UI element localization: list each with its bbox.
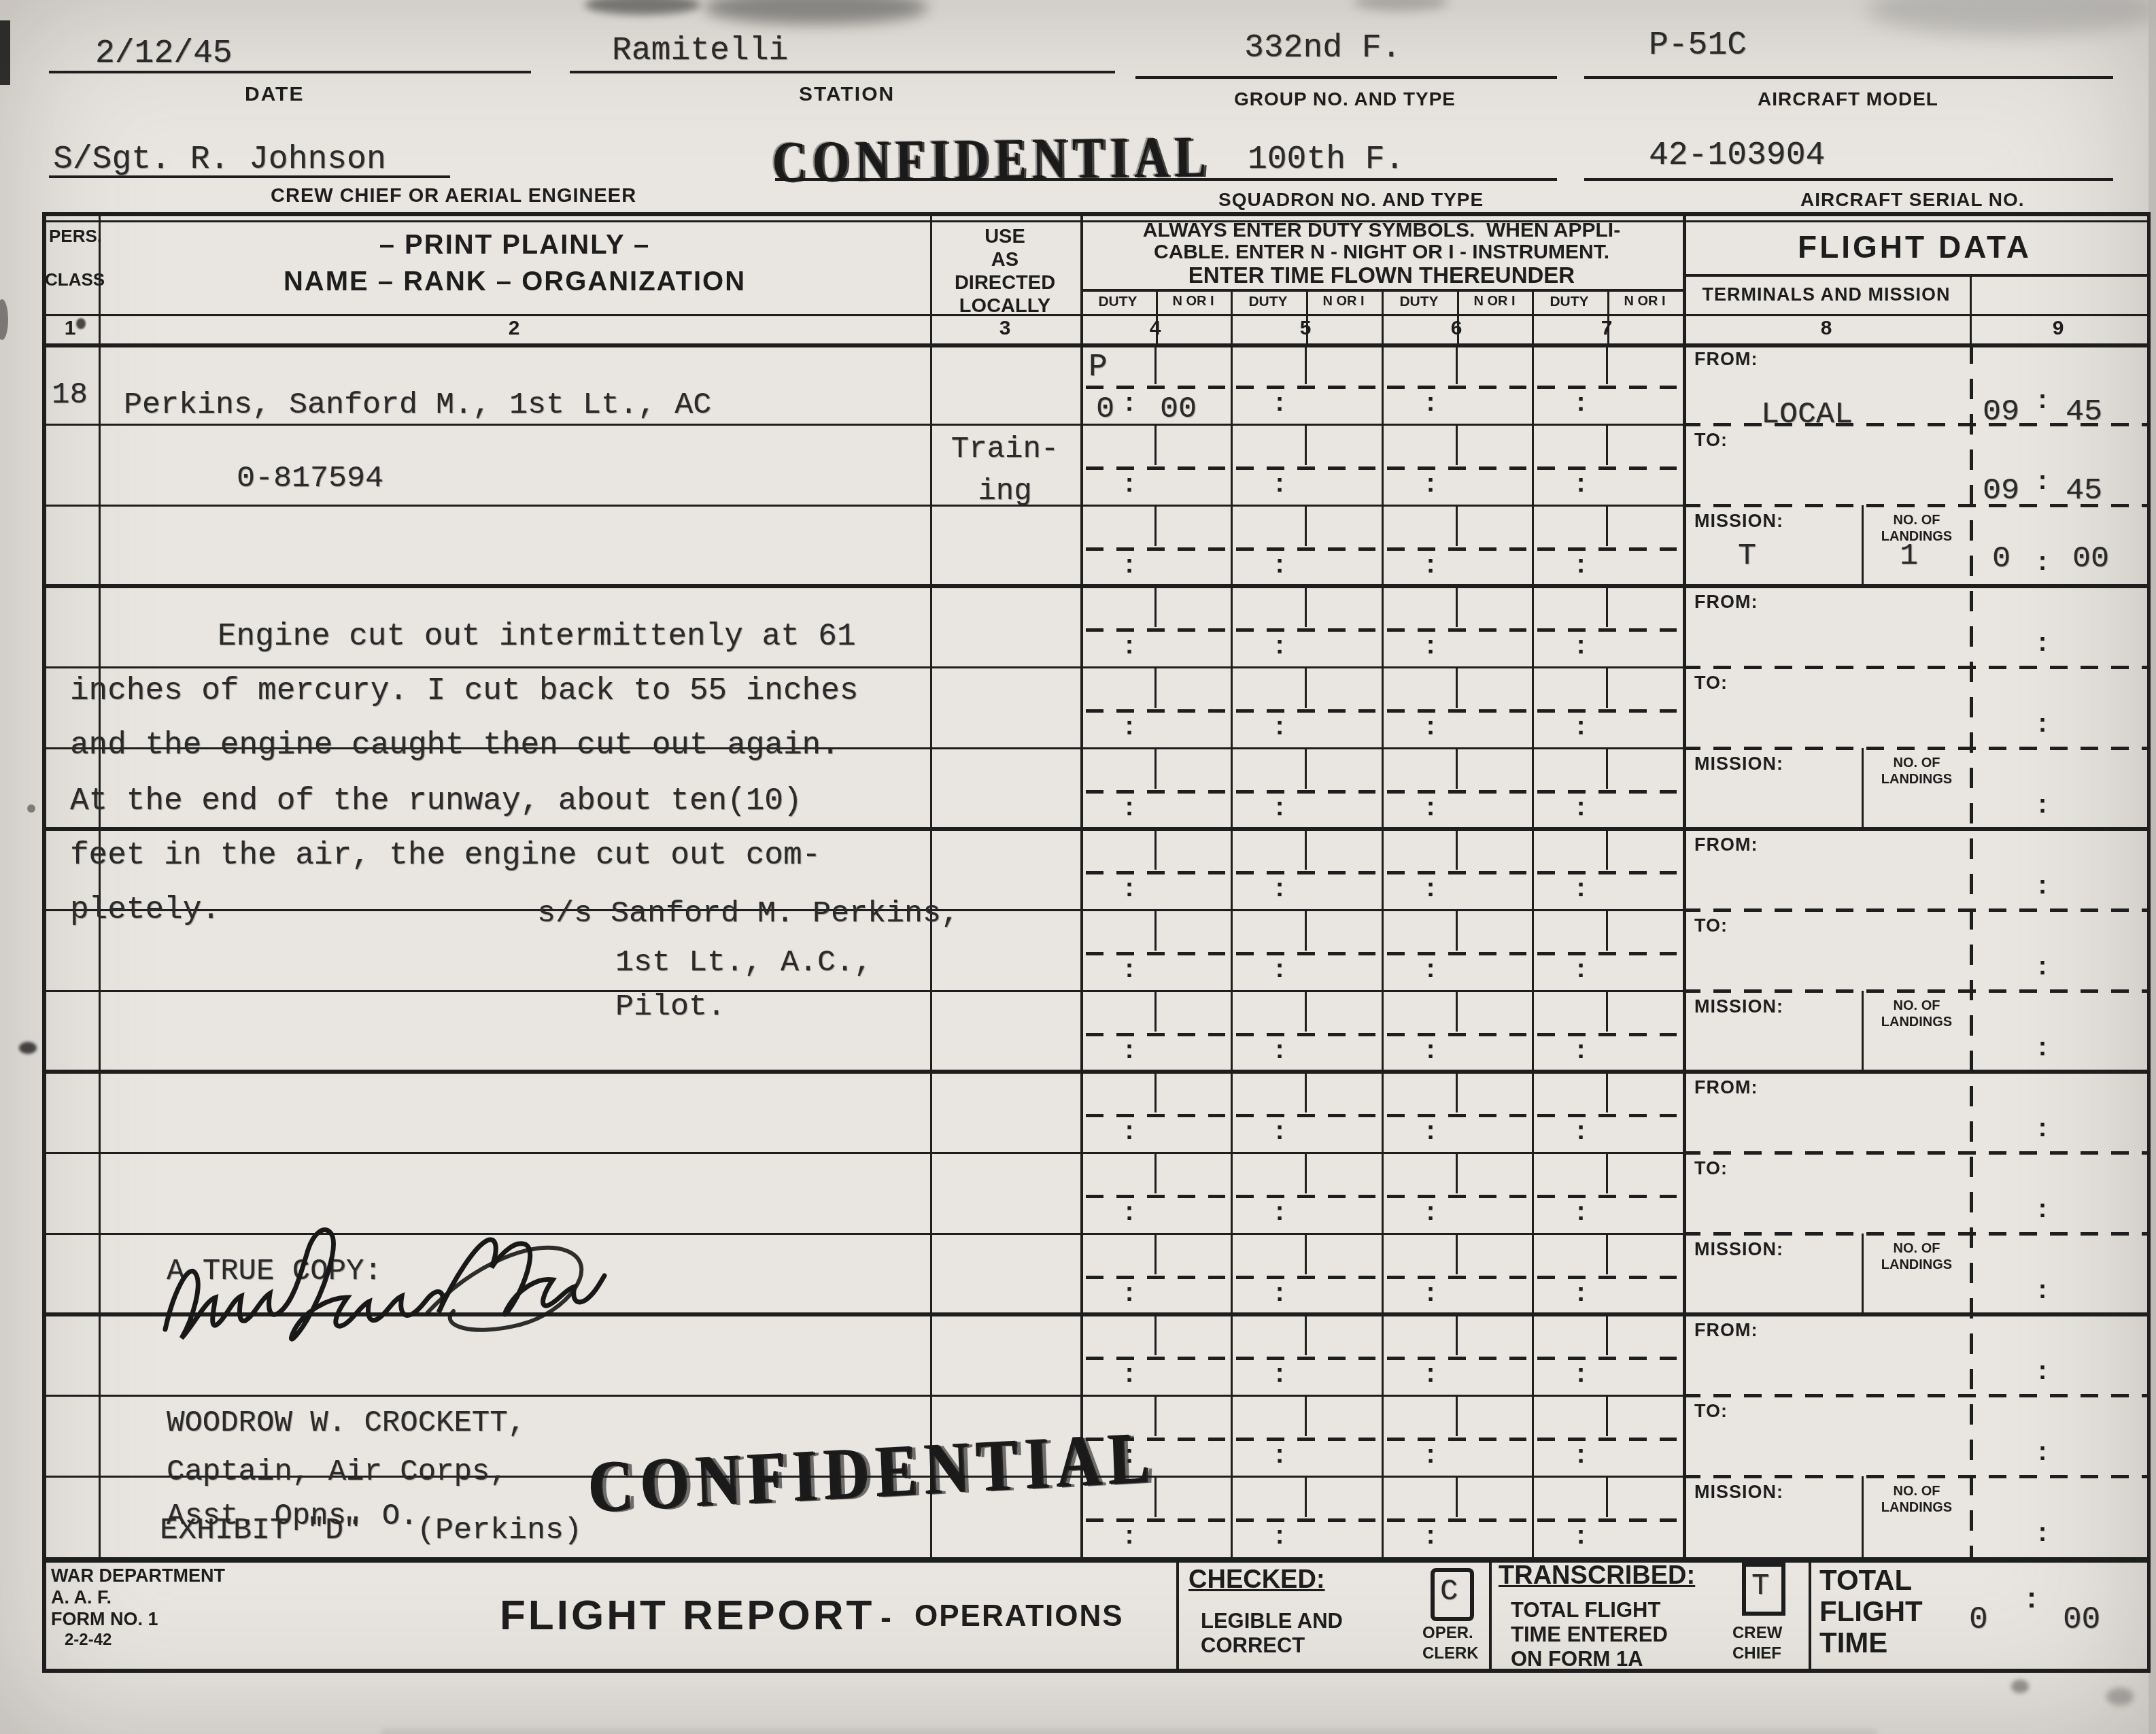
to-label: TO: <box>1694 430 1728 451</box>
preprinted-colon: : <box>1426 1197 1435 1227</box>
row-line <box>42 424 1683 426</box>
pilot-serial-value: 0-817594 <box>237 461 383 496</box>
duty-instruction-line-3: ENTER TIME FLOWN THEREUNDER <box>1188 262 1575 288</box>
duty-subdivider-line <box>1154 1235 1157 1274</box>
footer-bottom-line <box>42 1669 2147 1673</box>
preprinted-colon: : <box>1276 1197 1284 1227</box>
flight-row-dashed-line <box>1683 1394 2147 1397</box>
use-locally-value-2: ing <box>978 475 1031 509</box>
duty-subdivider-line <box>1154 1316 1157 1355</box>
certifier-rank: Captain, Air Corps, <box>167 1455 508 1489</box>
use-label: USE <box>985 226 1025 248</box>
col7-border <box>1683 212 1686 1557</box>
preprinted-colon: : <box>2038 1195 2047 1224</box>
preprinted-colon: : <box>1125 1278 1134 1308</box>
preprinted-colon: : <box>1276 1036 1284 1065</box>
duty-dashed-line <box>1086 1357 1225 1360</box>
preprinted-colon: : <box>2038 1438 2047 1467</box>
duty-subdivider-line <box>1305 426 1307 465</box>
column-number-2: 2 <box>509 317 520 340</box>
duty-subdivider-line <box>1456 507 1458 546</box>
nori-sublabel-6: N OR I <box>1473 294 1515 309</box>
to-label: TO: <box>1694 1401 1728 1422</box>
flight-report-document: 2/12/45 DATE Ramitelli STATION 332nd F. … <box>0 0 2156 1734</box>
from-label: FROM: <box>1694 1320 1758 1341</box>
preprinted-colon: : <box>2038 1276 2047 1305</box>
duty-subdivider-line <box>1606 1235 1608 1274</box>
preprinted-colon: : <box>1125 550 1134 579</box>
form-id-line-2: A. A. F. <box>51 1587 112 1608</box>
pilot-signature-line-3: Pilot. <box>615 989 725 1024</box>
col3-border <box>1080 212 1083 1557</box>
preprinted-colon: : <box>2038 790 2047 819</box>
total-flight-time-colon: : <box>2027 1582 2036 1614</box>
duty-subdivider-line <box>1305 1154 1307 1193</box>
remarks-line: inches of mercury. I cut back to 55 inch… <box>70 673 858 709</box>
flight-data-rule <box>1683 274 2147 277</box>
pilot-name-value: Perkins, Sanford M., 1st Lt., AC <box>124 388 711 422</box>
preprinted-colon: : <box>2038 1033 2047 1062</box>
station-label: STATION <box>799 83 895 106</box>
preprinted-colon: : <box>1426 631 1435 660</box>
duty-dashed-line <box>1086 1518 1225 1522</box>
nori-sublabel-4: N OR I <box>1172 294 1214 309</box>
aircraft-serial-value: 42-103904 <box>1649 137 1825 174</box>
preprinted-colon: : <box>1577 874 1586 903</box>
duty-dashed-line <box>1086 547 1225 551</box>
preprinted-colon: : <box>1276 1359 1284 1389</box>
duty-dashed-line <box>1387 547 1526 551</box>
duty-dashed-line <box>1387 628 1526 632</box>
duty-subdivider-line <box>1606 830 1608 870</box>
to-label: TO: <box>1694 1158 1728 1179</box>
mission-time-hours: 0 <box>1992 541 2010 576</box>
scan-smudge <box>0 20 10 85</box>
nori-sublabel-5: N OR I <box>1322 294 1364 309</box>
total-flight-time-minutes: 00 <box>2063 1602 2100 1637</box>
duty-dashed-line <box>1537 1357 1677 1360</box>
scan-smudge <box>704 0 928 24</box>
print-plainly-label: – PRINT PLAINLY – <box>379 230 651 260</box>
duty-time-hours: 0 <box>1096 392 1114 426</box>
duty-dashed-line <box>1236 1276 1375 1279</box>
oper-clerk-label-2: CLERK <box>1422 1644 1479 1663</box>
duty-dashed-line <box>1086 871 1225 874</box>
to-time-hours: 09 <box>1983 473 2019 508</box>
duty-subdivider-line <box>1154 830 1157 870</box>
column-number-6: 6 <box>1451 317 1462 340</box>
from-terminal-value: LOCAL <box>1761 397 1853 432</box>
duty-instruction-line-1: ALWAYS ENTER DUTY SYMBOLS. WHEN APPLI- <box>1143 219 1620 242</box>
crew-chief-stamp-initial: T <box>1751 1569 1769 1603</box>
duty-subdivider-line <box>1606 1154 1608 1193</box>
landings-label: NO. OF LANDINGS <box>1866 1240 1968 1273</box>
duty-time-minutes: 00 <box>1160 392 1197 426</box>
duty-subdivider-line <box>1305 992 1307 1032</box>
duty-subdivider-line <box>1305 668 1307 708</box>
directed-label: DIRECTED <box>955 272 1055 294</box>
duty-subdivider-line <box>1456 668 1458 708</box>
duty-subdivider-line <box>1606 911 1608 951</box>
preprinted-colon: : <box>1426 793 1435 822</box>
preprinted-colon: : <box>1577 469 1586 498</box>
preprinted-colon: : <box>1125 955 1134 984</box>
duty-subdivider-line <box>1456 749 1458 789</box>
preprinted-colon: : <box>1276 874 1284 903</box>
duty-dashed-line <box>1236 1438 1375 1441</box>
duty-sublabel-4: DUTY <box>1098 294 1137 310</box>
preprinted-colon: : <box>1276 1278 1284 1308</box>
duty-subdivider-line <box>1154 668 1157 708</box>
from-label: FROM: <box>1694 1077 1758 1098</box>
duty-subdivider-line <box>1305 1073 1307 1112</box>
checked-heading: CHECKED: <box>1188 1565 1325 1595</box>
preprinted-colon: : <box>1276 469 1284 498</box>
duty-dashed-line <box>1537 952 1677 955</box>
mission-label: MISSION: <box>1694 1482 1783 1503</box>
date-label: DATE <box>245 83 304 106</box>
remarks-line: Engine cut out intermittenly at 61 <box>218 619 856 654</box>
mission-time-minutes: 00 <box>2072 541 2109 576</box>
duty-dashed-line <box>1236 1518 1375 1522</box>
duty-subdivider-line <box>1456 1154 1458 1193</box>
duty-subdivider-line <box>1456 830 1458 870</box>
duty-subdivider-line <box>1456 345 1458 384</box>
form-title: FLIGHT REPORT <box>500 1591 874 1639</box>
duty-subdivider-line <box>1305 1235 1307 1274</box>
duty-subdivider-line <box>1606 749 1608 789</box>
column-number-7: 7 <box>1601 317 1613 340</box>
preprinted-colon: : <box>1426 469 1435 498</box>
flight-row-dashed-line <box>1683 1475 2147 1478</box>
duty-instruction-line-2: CABLE. ENTER N - NIGHT OR I - INSTRUMENT… <box>1154 241 1609 264</box>
pers-class-label-2: CLASS <box>45 269 105 290</box>
crew-chief-label: CREW CHIEF OR AERIAL ENGINEER <box>271 185 636 207</box>
preprinted-colon: : <box>1276 793 1284 822</box>
preprinted-colon: : <box>1125 1117 1134 1146</box>
duty-subdivider-line <box>1456 1478 1458 1517</box>
nori-sublabel-7: N OR I <box>1624 294 1665 309</box>
preprinted-colon: : <box>1426 712 1435 741</box>
to-label: TO: <box>1694 915 1728 936</box>
duty-dashed-line <box>1537 790 1677 794</box>
duty-subdivider-line <box>1606 1397 1608 1436</box>
duty-subdivider-line <box>1456 426 1458 465</box>
remarks-line: and the engine caught then cut out again… <box>70 728 840 763</box>
preprinted-colon: : <box>2038 386 2047 415</box>
duty-dashed-line <box>1236 386 1375 389</box>
duty-dashed-line <box>1537 1195 1677 1198</box>
duty-dashed-line <box>1086 466 1225 470</box>
column-number-3: 3 <box>999 317 1011 340</box>
preprinted-colon: : <box>2038 1114 2047 1143</box>
row-line <box>42 1152 1683 1154</box>
preprinted-colon: : <box>1276 388 1284 418</box>
transcribed-line-1: TOTAL FLIGHT <box>1511 1598 1660 1622</box>
preprinted-colon: : <box>1125 388 1134 418</box>
duty-subdivider-line <box>1456 911 1458 951</box>
preprinted-colon: : <box>1577 1359 1586 1389</box>
aircraft-model-rule <box>1584 76 2113 79</box>
duty-dashed-line <box>1236 790 1375 794</box>
landings-box-line <box>1862 748 1864 829</box>
table-left-border <box>42 212 46 1673</box>
preprinted-colon: : <box>1276 1440 1284 1469</box>
landings-box-line <box>1862 1234 1864 1314</box>
preprinted-colon: : <box>2038 952 2047 981</box>
crew-chief-label-1: CREW <box>1732 1624 1782 1643</box>
from-label: FROM: <box>1694 349 1758 370</box>
preprinted-colon: : <box>2038 547 2047 577</box>
mission-label: MISSION: <box>1694 753 1783 775</box>
duty-dashed-line <box>1236 952 1375 955</box>
footer-divider-1 <box>1176 1557 1179 1673</box>
mission-symbol-value: T <box>1738 539 1756 573</box>
duty-subdivider-line <box>1154 426 1157 465</box>
remarks-line: At the end of the runway, about ten(10) <box>70 783 802 819</box>
duty-sublabel-7: DUTY <box>1550 294 1588 310</box>
duty-dashed-line <box>1236 709 1375 713</box>
preprinted-colon: : <box>1125 793 1134 822</box>
duty-subdivider-line <box>1154 1154 1157 1193</box>
preprinted-colon: : <box>1577 1278 1586 1308</box>
duty-dashed-line <box>1537 871 1677 874</box>
preprinted-colon: : <box>1577 955 1586 984</box>
form-title-dash: - <box>880 1599 891 1637</box>
duty-subdivider-line <box>1456 992 1458 1032</box>
preprinted-colon: : <box>1276 1117 1284 1146</box>
preprinted-colon: : <box>1577 1117 1586 1146</box>
duty-symbol-value: P <box>1089 350 1108 385</box>
flight-data-title: FLIGHT DATA <box>1798 228 2032 265</box>
preprinted-colon: : <box>1426 1278 1435 1308</box>
duty-subdivider-line <box>1305 1478 1307 1517</box>
col8-border-body <box>1970 343 1973 1557</box>
duty-dashed-line <box>1537 547 1677 551</box>
pers-class-label-1: PERS. <box>49 226 102 247</box>
mission-label: MISSION: <box>1694 511 1783 532</box>
duty-subdivider-line <box>1606 1073 1608 1112</box>
preprinted-colon: : <box>1577 793 1586 822</box>
duty-subdivider-line <box>1456 1073 1458 1112</box>
duty-subdivider-line <box>1305 588 1307 627</box>
column-number-1: 1 <box>65 317 76 340</box>
preprinted-colon: : <box>1125 1359 1134 1389</box>
duty-dashed-line <box>1537 386 1677 389</box>
preprinted-colon: : <box>1577 550 1586 579</box>
duty-subdivider-line <box>1305 749 1307 789</box>
duty-subdivider-line <box>1305 345 1307 384</box>
duty-dashed-line <box>1387 1114 1526 1117</box>
duty-subdivider-line <box>1154 345 1157 384</box>
duty-dashed-line <box>1387 466 1526 470</box>
preprinted-colon: : <box>1125 1036 1134 1065</box>
scan-speck <box>27 804 35 813</box>
name-rank-org-label: NAME – RANK – ORGANIZATION <box>284 267 746 297</box>
remarks-line: pletely. <box>70 892 220 928</box>
preprinted-colon: : <box>2038 1518 2047 1548</box>
duty-dashed-line <box>1537 1518 1677 1522</box>
duty-dashed-line <box>1387 1438 1526 1441</box>
table-top-line2 <box>42 220 2147 222</box>
preprinted-colon: : <box>1426 1117 1435 1146</box>
aircraft-serial-rule <box>1584 178 2113 181</box>
squadron-label: SQUADRON NO. AND TYPE <box>1218 189 1484 211</box>
duty-dashed-line <box>1537 1033 1677 1036</box>
duty-subdivider-line <box>1154 588 1157 627</box>
footer-divider-2 <box>1489 1557 1492 1673</box>
duty-dashed-line <box>1236 1195 1375 1198</box>
duty-subdivider-line <box>1456 1316 1458 1355</box>
flight-row-dashed-line <box>1683 908 2147 912</box>
scan-smudge <box>1866 0 2156 35</box>
group-value: 332nd F. <box>1244 30 1401 67</box>
row-line <box>42 666 1683 668</box>
flight-row-dashed-line <box>1683 747 2147 750</box>
duty-dashed-line <box>1387 952 1526 955</box>
flight-row-dashed-line <box>1683 1232 2147 1236</box>
duty-dashed-line <box>1537 1276 1677 1279</box>
preprinted-colon: : <box>1426 550 1435 579</box>
duty-sublabel-5: DUTY <box>1248 294 1287 310</box>
col8-border-header <box>1970 274 1972 343</box>
block-divider-line <box>42 1070 2147 1074</box>
duty-dashed-line <box>1537 709 1677 713</box>
duty-subdivider-line <box>1606 668 1608 708</box>
duty-dashed-line <box>1086 386 1225 389</box>
preprinted-colon: : <box>1426 1036 1435 1065</box>
duty-subdivider-line <box>1606 426 1608 465</box>
preprinted-colon: : <box>1577 712 1586 741</box>
aircraft-model-value: P-51C <box>1649 27 1747 64</box>
row-line <box>42 1395 1683 1397</box>
duty-dashed-line <box>1086 790 1225 794</box>
remarks-line: feet in the air, the engine cut out com- <box>70 838 821 873</box>
to-time-minutes: 45 <box>2066 473 2102 508</box>
scan-speck <box>2011 1680 2029 1693</box>
preprinted-colon: : <box>1276 631 1284 660</box>
terminals-mission-label: TERMINALS AND MISSION <box>1702 284 1951 305</box>
certifier-name: WOODROW W. CROCKETT, <box>167 1406 526 1440</box>
scan-speck <box>76 318 86 329</box>
preprinted-colon: : <box>1426 1440 1435 1469</box>
form-title-sub: OPERATIONS <box>914 1599 1124 1633</box>
total-flight-time-label-1: TOTAL <box>1819 1564 1912 1597</box>
preprinted-colon: : <box>1276 550 1284 579</box>
table-right-border <box>2147 212 2151 1673</box>
duty-subdivider-line <box>1606 345 1608 384</box>
mission-label: MISSION: <box>1694 1239 1783 1260</box>
preprinted-colon: : <box>2038 466 2047 496</box>
preprinted-colon: : <box>1276 712 1284 741</box>
row-line <box>42 990 1683 992</box>
preprinted-colon: : <box>1125 631 1134 660</box>
scan-smudge <box>1353 0 1448 11</box>
confidential-stamp-top: CONFIDENTIAL <box>772 122 1212 196</box>
duty-dashed-line <box>1387 1357 1526 1360</box>
preprinted-colon: : <box>1276 1521 1284 1550</box>
oper-clerk-label-1: OPER. <box>1422 1624 1473 1643</box>
column-number-5: 5 <box>1300 317 1312 340</box>
form-id-line-1: WAR DEPARTMENT <box>51 1565 225 1586</box>
scan-smudge <box>0 299 8 340</box>
col1-border <box>99 212 101 1557</box>
use-locally-value-1: Train- <box>951 432 1059 466</box>
duty-subdivider-line <box>1305 911 1307 951</box>
confidential-stamp-bottom: CONFIDENTIAL <box>586 1415 1157 1530</box>
duty-dashed-line <box>1387 1276 1526 1279</box>
exhibit-label: EXHIBIT "D" (Perkins) <box>160 1513 582 1548</box>
preprinted-colon: : <box>1125 469 1134 498</box>
duty-sublabel-6: DUTY <box>1399 294 1438 310</box>
col2-border <box>930 212 932 1557</box>
col4-border <box>1231 289 1233 1557</box>
duty-dashed-line <box>1537 628 1677 632</box>
preprinted-colon: : <box>1426 874 1435 903</box>
landings-label: NO. OF LANDINGS <box>1866 998 1968 1030</box>
duty-dashed-line <box>1086 628 1225 632</box>
duty-subdivider-line <box>1305 1397 1307 1436</box>
duty-dashed-line <box>1086 1195 1225 1198</box>
duty-subdivider-line <box>1606 1316 1608 1355</box>
scan-smudge <box>585 0 700 15</box>
pilot-signature-line-2: 1st Lt., A.C., <box>615 945 872 980</box>
locally-label: LOCALLY <box>959 295 1050 318</box>
preprinted-colon: : <box>1125 874 1134 903</box>
duty-subdivider-line <box>1154 911 1157 951</box>
group-label: GROUP NO. AND TYPE <box>1234 88 1456 110</box>
date-rule <box>49 71 531 73</box>
preprinted-colon: : <box>1426 388 1435 418</box>
duty-dashed-line <box>1236 871 1375 874</box>
column-number-4: 4 <box>1150 317 1161 340</box>
preprinted-colon: : <box>1426 1521 1435 1550</box>
duty-dashed-line <box>1537 466 1677 470</box>
duty-dashed-line <box>1387 1195 1526 1198</box>
date-value: 2/12/45 <box>95 35 233 72</box>
duty-dashed-line <box>1086 952 1225 955</box>
crew-chief-rule <box>49 175 450 178</box>
duty-dashed-line <box>1387 386 1526 389</box>
from-label: FROM: <box>1694 834 1758 855</box>
duty-dashed-line <box>1086 1033 1225 1036</box>
aircraft-serial-label: AIRCRAFT SERIAL NO. <box>1800 189 2025 211</box>
pilot-signature-line-1: s/s Sanford M. Perkins, <box>537 896 959 931</box>
duty-subdivider-line <box>1606 507 1608 546</box>
duty-dashed-line <box>1086 709 1225 713</box>
duty-subdivider-line <box>1305 1316 1307 1355</box>
duty-subdivider-line <box>1606 1478 1608 1517</box>
duty-subdivider-line <box>1456 1397 1458 1436</box>
duty-subdivider-line <box>1456 588 1458 627</box>
preprinted-colon: : <box>1577 631 1586 660</box>
duty-dashed-line <box>1387 871 1526 874</box>
duty-dashed-line <box>1086 1276 1225 1279</box>
duty-dashed-line <box>1387 709 1526 713</box>
total-flight-time-hours: 0 <box>1969 1602 1988 1637</box>
block-divider-line <box>42 584 2147 588</box>
checked-line-2: CORRECT <box>1201 1633 1305 1658</box>
duty-subdivider-line <box>1305 830 1307 870</box>
flight-row-dashed-line <box>1683 1151 2147 1155</box>
landings-label: NO. OF LANDINGS <box>1866 1483 1968 1516</box>
duty-subdivider-line <box>1606 992 1608 1032</box>
duty-dashed-line <box>1537 1438 1677 1441</box>
column-number-8: 8 <box>1821 317 1832 340</box>
block-divider-line <box>42 827 2147 831</box>
crew-chief-label-2: CHIEF <box>1732 1644 1781 1663</box>
col5-border <box>1382 289 1384 1557</box>
